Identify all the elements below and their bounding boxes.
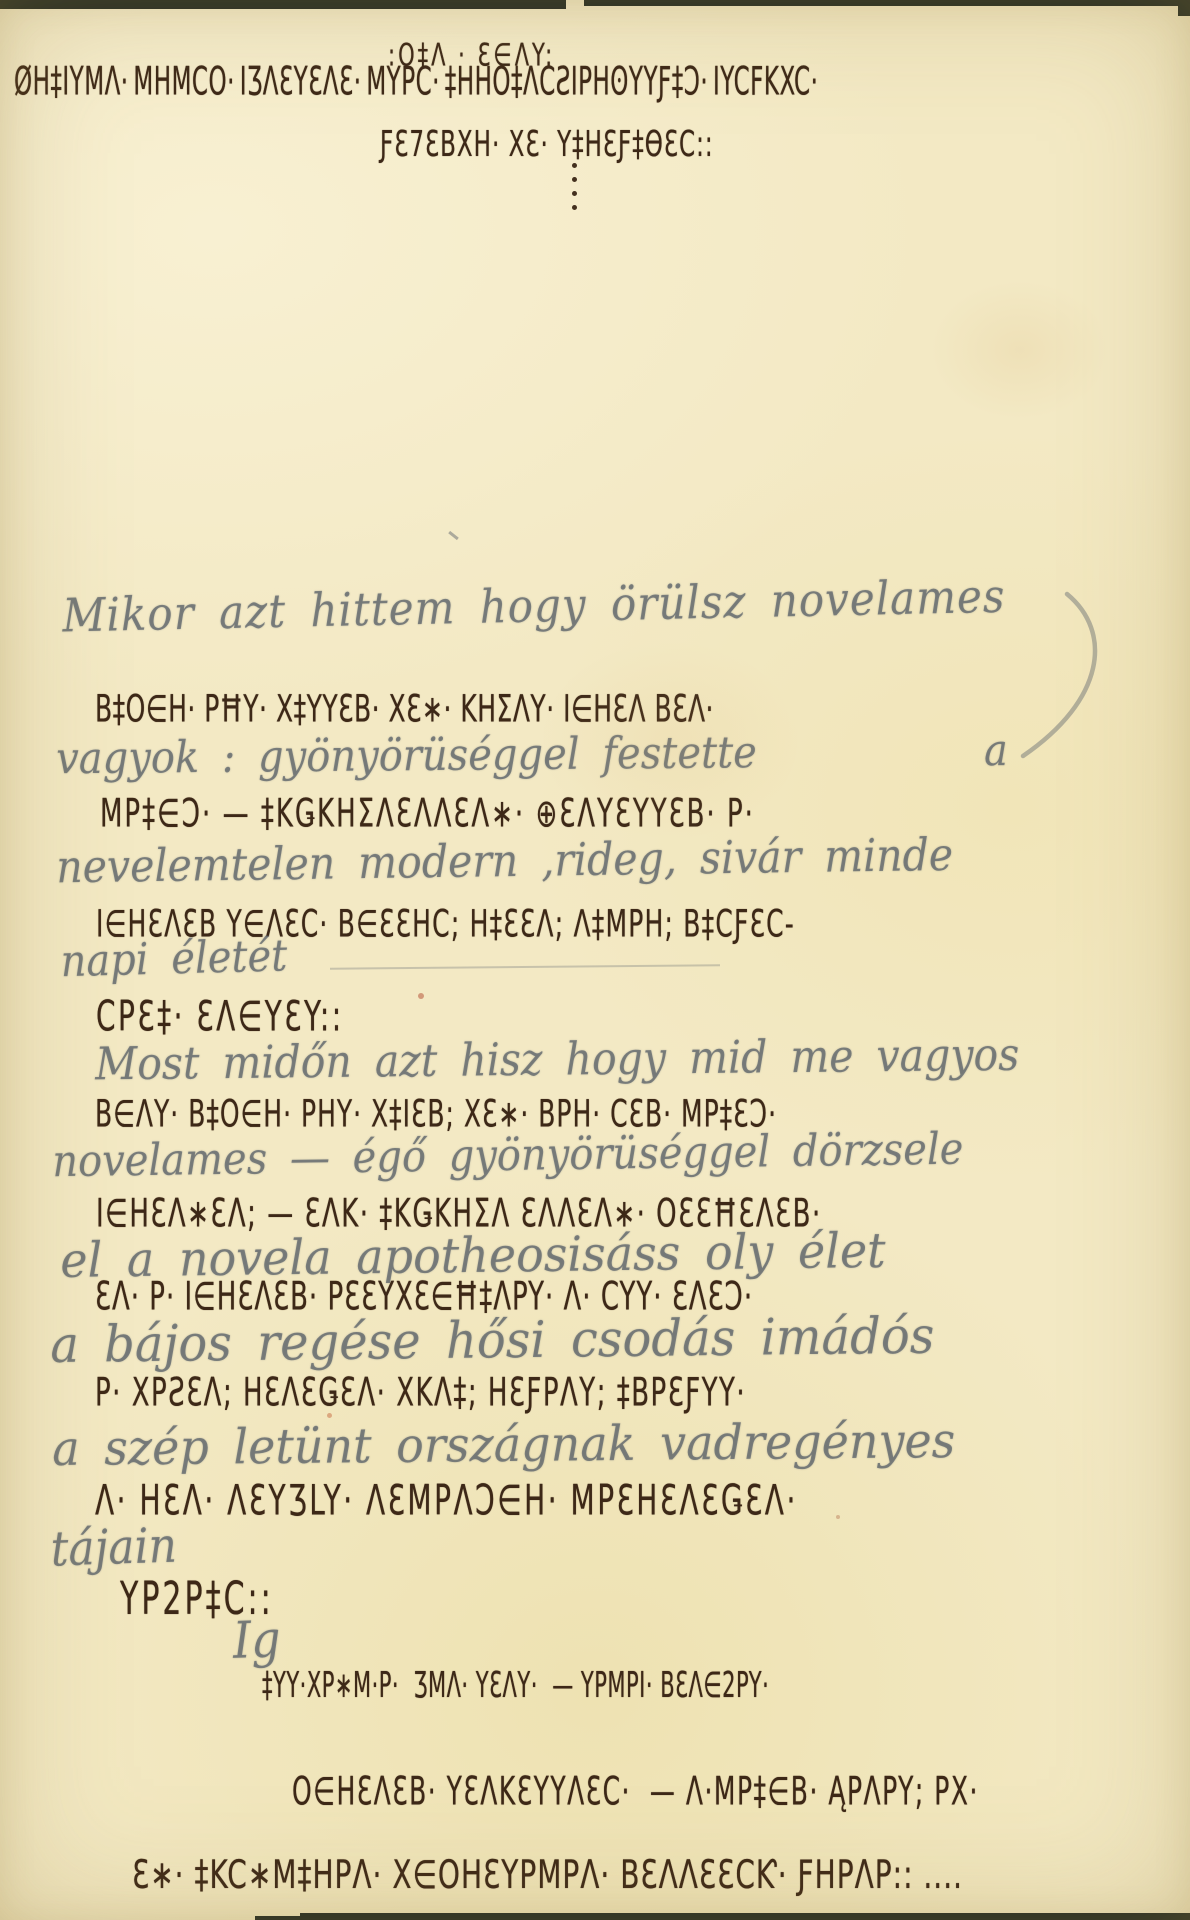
pencil-strike-line: [330, 964, 720, 969]
vertical-ellipsis-mark: [572, 163, 577, 210]
pencil-annotation: tájain: [50, 1522, 178, 1574]
runic-text-line: CPƐ‡· ƐΛ∈YƐY::: [96, 996, 344, 1038]
paper-speck: [418, 993, 424, 999]
runic-text-line: O∈HƐΛƐB· YƐΛKƐYYΛƐC· — Λ·MP‡∈B· ĄPΛPY; P…: [292, 1772, 979, 1811]
pencil-flourish-loop: [1005, 588, 1125, 768]
paper-speck: [836, 1515, 840, 1519]
runic-text-line: Ɛ∗· ‡KC∗M‡HPΛ· X∈OHƐYPMPΛ· BƐΛΛƐƐCƘ· ƑHP…: [132, 1856, 963, 1895]
runic-text-line: Λ· HƐΛ· ΛƐYƷLY· ΛƐMPΛƆ∈H· MPƐHƐΛƐǤƐΛ·: [95, 1480, 798, 1522]
scan-edge-top-corner: [1178, 0, 1190, 16]
pencil-initials: Ig: [232, 1613, 281, 1665]
pencil-annotation: a bájos regése hősi csodás imádós: [50, 1311, 935, 1371]
scan-edge-top-left: [0, 0, 566, 9]
scan-edge-bottom: [300, 1913, 1190, 1920]
paper-speck: [327, 1413, 332, 1418]
letter-page: :O‡Λ · Ɛ∈ΛY: ØH‡IYMΛ· MHMCO· IƷΛƐYƐΛƐ· M…: [0, 0, 1190, 1920]
pencil-annotation: Most midőn azt hisz hogy mid me vagyos: [95, 1032, 1019, 1087]
paper-stain: [540, 640, 800, 840]
pencil-annotation: a szép letünt országnak vadregényes: [52, 1416, 955, 1472]
scan-edge-top-right: [584, 0, 1190, 6]
runic-text-line: ‡YY·XP∗M·P· ƷMΛ· YƐΛY· — YPMPI· BƐΛ∈2PY·: [262, 1668, 769, 1704]
runic-text-line: P· XPƧƐΛ; HƐΛƐǤƐΛ· XKΛ‡; HƐƑPΛY; ‡BPƐƑYY…: [95, 1374, 746, 1413]
paper-stain: [930, 280, 1110, 420]
pencil-annotation: Mikor azt hittem hogy örülsz novelames: [62, 573, 1006, 639]
scan-edge-bottom-small: [255, 1916, 300, 1920]
pencil-annotation: novelames — égő gyönyörüséggel dörzsele: [52, 1127, 964, 1184]
runic-header-main: ØH‡IYMΛ· MHMCO· IƷΛƐYƐΛƐ· MYPC· ‡HHO‡ΛCƧ…: [14, 64, 818, 103]
pencil-tick: [448, 531, 459, 540]
pencil-annotation: vagyok : gyönyörüséggel festette a: [56, 729, 1008, 781]
pencil-annotation: napi életét: [60, 934, 288, 984]
runic-header-sub: ƑƐ7ƐBXH· XƐ· Y‡HƐƑ‡ƟƐC::: [380, 128, 714, 164]
runic-text-line: B∈ΛY· B‡O∈H· PHY· X‡IƐB; XƐ∗· BPH· CƐB· …: [95, 1095, 777, 1133]
pencil-annotation: nevelemtelen modern ,rideg, sivár minde: [56, 832, 953, 890]
